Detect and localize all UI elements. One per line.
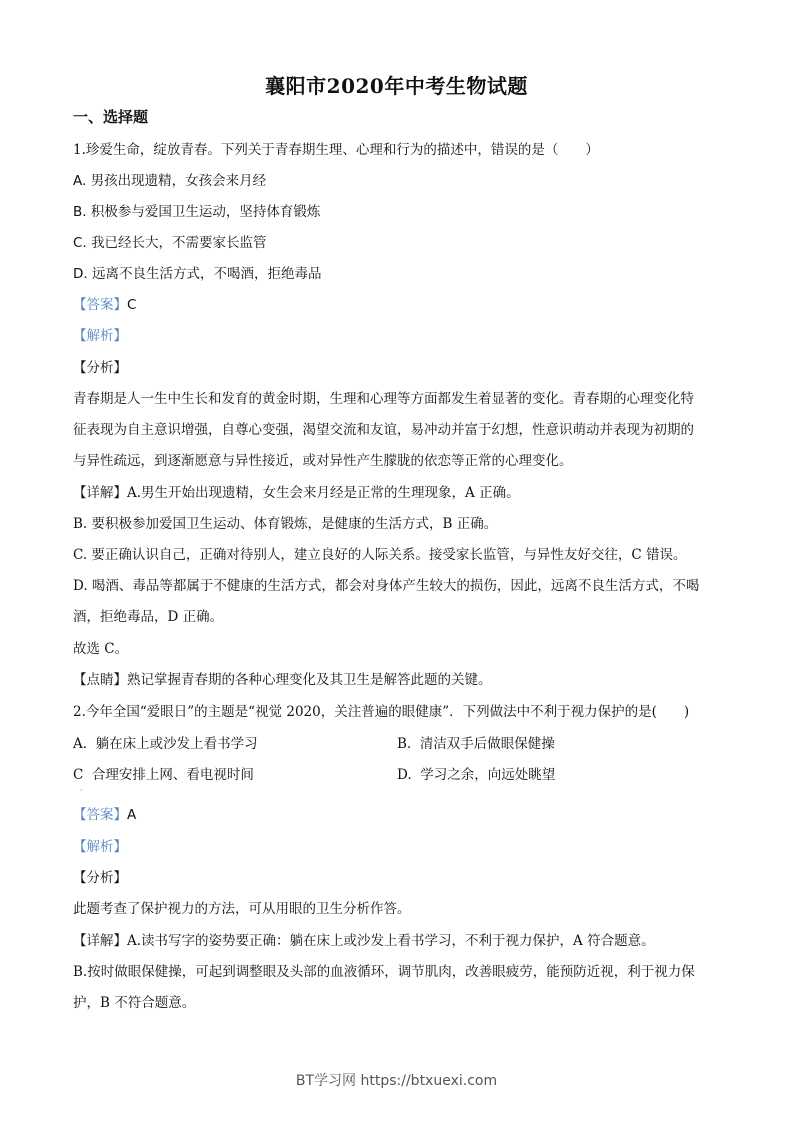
q1-xiangjie-line-1: 【详解】A.男生开始出现遗精，女生会来月经是正常的生理现象，A 正确。 <box>73 484 520 502</box>
q2-analysis-tag: 【解析】 <box>73 838 127 856</box>
q2-option-a: A. 躺在床上或沙发上看书学习 <box>73 735 258 753</box>
q1-option-c: C. 我已经长大，不需要家长监管 <box>73 234 267 252</box>
q1-fenxi-line-3: 与异性疏远，到逐渐愿意与异性接近，或对异性产生朦胧的依恋等正常的心理变化。 <box>73 452 573 470</box>
q2-stem: 2.今年全国“爱眼日”的主题是“视觉 2020，关注普遍的眼健康”．下列做法中不… <box>73 703 689 721</box>
q2-option-b: B. 清洁双手后做眼保健操 <box>397 735 555 753</box>
q1-xiangjie-line-4: D. 喝酒、毒品等都属于不健康的生活方式，都会对身体产生较大的损伤，因此，远离不… <box>73 577 699 595</box>
q1-option-d: D. 远离不良生活方式，不喝酒，拒绝毒品 <box>73 265 321 283</box>
q1-xiangjie-line-5: 酒，拒绝毒品，D 正确。 <box>73 608 223 626</box>
document-page: 襄阳市2020年中考生物试题 一、选择题 1.珍爱生命，绽放青春。下列关于青春期… <box>0 0 793 1122</box>
q2-option-c: C 合理安排上网、看电视时间 <box>73 766 254 784</box>
q2-xiangjie-line-3: 护，B 不符合题意。 <box>73 994 195 1012</box>
option-label: A. <box>73 173 86 189</box>
answer-tag: 【答案】 <box>73 807 127 823</box>
option-text: 我已经长大，不需要家长监管 <box>91 235 267 251</box>
option-label: C. <box>73 235 87 251</box>
option-text: 合理安排上网、看电视时间 <box>92 767 254 783</box>
option-text: 积极参与爱国卫生运动，坚持体育锻炼 <box>91 204 321 220</box>
document-title: 襄阳市2020年中考生物试题 <box>0 70 793 99</box>
option-text: 远离不良生活方式，不喝酒，拒绝毒品 <box>92 266 322 282</box>
q2-fenxi-tag: 【分析】 <box>73 869 127 887</box>
answer-value: A <box>127 807 136 823</box>
q1-xiangjie-line-2: B. 要积极参加爱国卫生运动、体育锻炼，是健康的生活方式，B 正确。 <box>73 515 497 533</box>
q1-option-b: B. 积极参与爱国卫生运动，坚持体育锻炼 <box>73 203 320 221</box>
stray-dot: · <box>80 786 83 795</box>
q2-option-d: D. 学习之余，向远处眺望 <box>397 766 555 784</box>
option-text: 躺在床上或沙发上看书学习 <box>96 736 258 752</box>
q1-fenxi-tag: 【分析】 <box>73 359 127 377</box>
q1-fenxi-line-2: 征表现为自主意识增强，自尊心变强，渴望交流和友谊，易冲动并富于幻想，性意识萌动并… <box>73 421 694 439</box>
q1-dianjing: 【点睛】熟记掌握青春期的各种心理变化及其卫生是解答此题的关键。 <box>73 671 492 689</box>
q1-fenxi-line-1: 青春期是人一生中生长和发育的黄金时期，生理和心理等方面都发生着显著的变化。青春期… <box>73 390 694 408</box>
option-label: D. <box>397 767 412 783</box>
q1-option-a: A. 男孩出现遗精，女孩会来月经 <box>73 172 266 190</box>
section-heading: 一、选择题 <box>73 108 148 126</box>
footer-watermark: BT学习网 https://btxuexi.com <box>0 1070 793 1090</box>
q1-xiangjie-line-3: C. 要正确认识自己，正确对待别人，建立良好的人际关系。接受家长监管，与异性友好… <box>73 546 687 564</box>
q2-fenxi-line: 此题考查了保护视力的方法，可从用眼的卫生分析作答。 <box>73 900 411 918</box>
answer-value: C <box>127 297 136 313</box>
q1-stem: 1.珍爱生命，绽放青春。下列关于青春期生理、心理和行为的描述中，错误的是（ ） <box>73 141 599 159</box>
q1-answer: 【答案】C <box>73 296 136 314</box>
option-label: D. <box>73 266 88 282</box>
option-text: 男孩出现遗精，女孩会来月经 <box>91 173 267 189</box>
option-text: 清洁双手后做眼保健操 <box>420 736 555 752</box>
option-label: B. <box>73 204 87 220</box>
option-text: 学习之余，向远处眺望 <box>420 767 555 783</box>
q1-analysis-tag: 【解析】 <box>73 327 127 345</box>
option-label: B. <box>397 736 411 752</box>
q2-xiangjie-line-1: 【详解】A.读书写字的姿势要正确：躺在床上或沙发上看书学习，不利于视力保护，A … <box>73 932 655 950</box>
option-label: A. <box>73 736 87 752</box>
option-label: C <box>73 767 83 783</box>
q2-answer: 【答案】A <box>73 806 136 824</box>
answer-tag: 【答案】 <box>73 297 127 313</box>
q2-xiangjie-line-2: B.按时做眼保健操，可起到调整眼及头部的血液循环，调节肌肉，改善眼疲劳，能预防近… <box>73 963 695 981</box>
q1-conclusion: 故选 C。 <box>73 640 128 658</box>
